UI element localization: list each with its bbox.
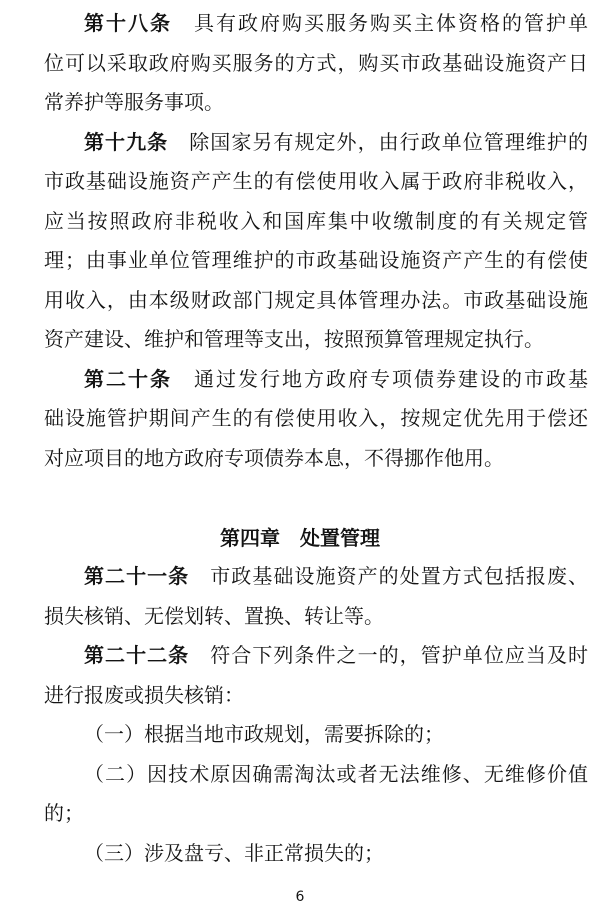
text-line: 第十八条 具有政府购买服务购买主体资格的管护单 (44, 5, 588, 45)
text-line: 第二十二条 符合下列条件之一的，管护单位应当及时 (44, 637, 588, 677)
text-line: 损失核销、无偿划转、置换、转让等。 (44, 598, 588, 638)
article-number: 第十八条 (84, 13, 172, 35)
line-text: （二）因技术原因确需淘汰或者无法维修、无维修价值 (84, 764, 588, 786)
line-text: 进行报废或损失核销： (44, 685, 244, 707)
article-number: 第十九条 (84, 132, 168, 154)
chapter-heading: 第四章 处置管理 (0, 519, 600, 559)
text-line: 第二十一条 市政基础设施资产的处置方式包括报废、 (44, 558, 588, 598)
article-number: 第二十条 (84, 369, 172, 391)
line-text: （一）根据当地市政规划，需要拆除的； (84, 724, 444, 746)
text-line: 用收入，由本级财政部门规定具体管理办法。市政基础设施 (44, 282, 588, 322)
text-line: 进行报废或损失核销： (44, 677, 588, 717)
text-line: 理；由事业单位管理维护的市政基础设施资产产生的有偿使 (44, 242, 588, 282)
line-text: 用收入，由本级财政部门规定具体管理办法。市政基础设施 (44, 290, 588, 312)
line-text: 常养护等服务事项。 (44, 92, 224, 114)
line-text: 市政基础设施资产的处置方式包括报废、 (189, 566, 588, 588)
article-number: 第二十二条 (84, 645, 189, 667)
line-text: 础设施管护期间产生的有偿使用收入，按规定优先用于偿还 (44, 408, 588, 430)
line-text: 应当按照政府非税收入和国库集中收缴制度的有关规定管 (44, 211, 588, 233)
document-page: 第十八条 具有政府购买服务购买主体资格的管护单位可以采取政府购买服务的方式，购买… (0, 0, 600, 915)
text-line: 资产建设、维护和管理等支出，按照预算管理规定执行。 (44, 321, 588, 361)
line-text: 市政基础设施资产产生的有偿使用收入属于政府非税收入， (44, 171, 588, 193)
page-number: 6 (296, 887, 305, 907)
article-number: 第四章 处置管理 (220, 526, 380, 550)
line-text: 具有政府购买服务购买主体资格的管护单 (172, 13, 588, 35)
line-text: 位可以采取政府购买服务的方式，购买市政基础设施资产日 (44, 53, 588, 75)
line-text: 资产建设、维护和管理等支出，按照预算管理规定执行。 (44, 329, 544, 351)
line-text: 符合下列条件之一的，管护单位应当及时 (189, 645, 588, 667)
line-text: 损失核销、无偿划转、置换、转让等。 (44, 606, 384, 628)
line-text: （三）涉及盘亏、非正常损失的； (84, 843, 384, 865)
text-line: 市政基础设施资产产生的有偿使用收入属于政府非税收入， (44, 163, 588, 203)
line-text: 通过发行地方政府专项债券建设的市政基 (172, 369, 588, 391)
text-line: 的； (44, 795, 588, 835)
text-line: （一）根据当地市政规划，需要拆除的； (44, 716, 588, 756)
line-text: 理；由事业单位管理维护的市政基础设施资产产生的有偿使 (44, 250, 588, 272)
text-line: （三）涉及盘亏、非正常损失的； (44, 835, 588, 875)
page-footer: 6 (0, 887, 600, 907)
text-line: （二）因技术原因确需淘汰或者无法维修、无维修价值 (44, 756, 588, 796)
text-line: 对应项目的地方政府专项债券本息，不得挪作他用。 (44, 440, 588, 480)
text-line: 常养护等服务事项。 (44, 84, 588, 124)
line-text: 的； (44, 803, 84, 825)
text-line: 第十九条 除国家另有规定外，由行政单位管理维护的 (44, 124, 588, 164)
line-text: 除国家另有规定外，由行政单位管理维护的 (168, 132, 588, 154)
text-line: 应当按照政府非税收入和国库集中收缴制度的有关规定管 (44, 203, 588, 243)
text-line: 第二十条 通过发行地方政府专项债券建设的市政基 (44, 361, 588, 401)
line-text: 对应项目的地方政府专项债券本息，不得挪作他用。 (44, 448, 504, 470)
text-line: 础设施管护期间产生的有偿使用收入，按规定优先用于偿还 (44, 400, 588, 440)
document-body: 第十八条 具有政府购买服务购买主体资格的管护单位可以采取政府购买服务的方式，购买… (44, 0, 588, 874)
text-line: 位可以采取政府购买服务的方式，购买市政基础设施资产日 (44, 45, 588, 85)
article-number: 第二十一条 (84, 566, 189, 588)
